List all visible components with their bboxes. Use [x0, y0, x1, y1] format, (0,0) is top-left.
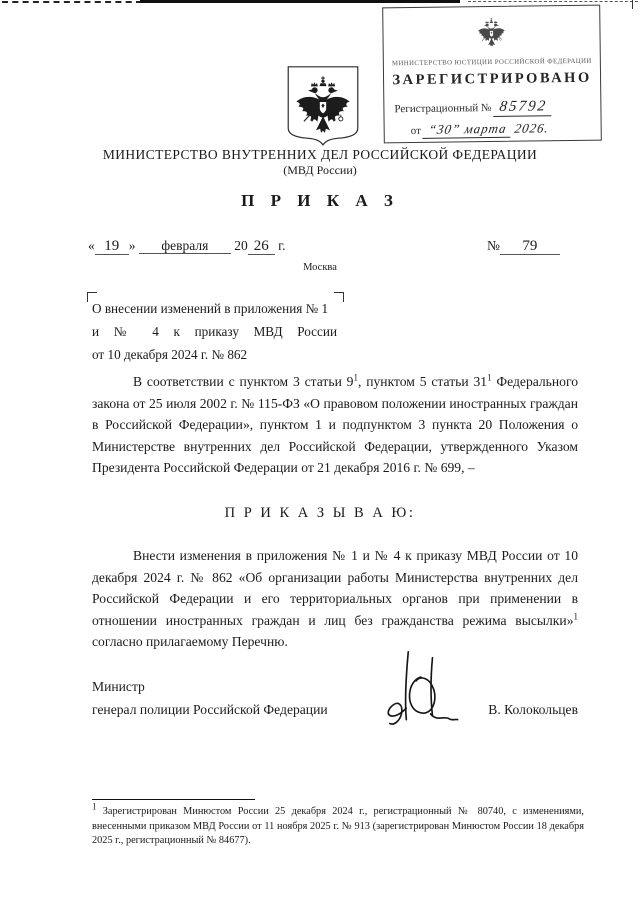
subject-line: О внесении изменений в приложения № 1: [92, 297, 337, 320]
signer-name: В. Колокольцев: [470, 702, 578, 718]
ministry-short-name: (МВД России): [0, 163, 640, 178]
stamp-reg-label: Регистрационный №: [394, 102, 491, 115]
stamp-registered-label: ЗАРЕГИСТРИРОВАНО: [384, 70, 600, 90]
stamp-date-year: 2026.: [513, 120, 550, 136]
stamp-reg-number-handwritten: 85792: [493, 98, 553, 117]
scan-edge-dots: [468, 1, 638, 2]
signature-autograph: [372, 648, 460, 740]
preamble-paragraph: В соответствии с пунктом 3 статьи 91, пу…: [92, 371, 578, 479]
signer-title-line1: Министр: [92, 679, 145, 695]
document-type-title: П Р И К А З: [0, 191, 640, 211]
stamp-date-row: от “30” марта 2026.: [411, 120, 591, 139]
order-paragraph: Внести изменения в приложения № 1 и № 4 …: [92, 545, 578, 653]
footnote: 1 Зарегистрирован Минюстом России 25 дек…: [92, 805, 584, 849]
subject-line: от 10 декабря 2024 г. № 862: [92, 343, 337, 366]
order-verb: П Р И К А З Ы В А Ю:: [0, 505, 640, 522]
document-page: МИНИСТЕРСТВО ЮСТИЦИИ РОССИЙСКОЙ ФЕДЕРАЦИ…: [0, 0, 640, 905]
registration-stamp: МИНИСТЕРСТВО ЮСТИЦИИ РОССИЙСКОЙ ФЕДЕРАЦИ…: [382, 5, 602, 144]
scan-edge-line: [140, 0, 460, 3]
signer-title-line2: генерал полиции Российской Федерации: [92, 702, 328, 718]
order-number: №79: [487, 238, 560, 255]
footnote-ref: 1: [574, 611, 579, 621]
date-year: 26: [248, 239, 275, 255]
stamp-date-handwritten: “30” марта: [422, 121, 513, 139]
date-line: «19» февраля 2026 г.: [88, 238, 286, 255]
date-day: 19: [95, 239, 129, 255]
stamp-from-label: от: [411, 125, 421, 137]
footnote-rule: [92, 799, 255, 800]
stamp-reg-number-row: Регистрационный № 85792: [394, 98, 590, 118]
stamp-ministry-line: МИНИСТЕРСТВО ЮСТИЦИИ РОССИЙСКОЙ ФЕДЕРАЦИ…: [384, 58, 600, 68]
stamp-eagle-icon: [475, 15, 507, 51]
scan-edge-dashes: [2, 1, 142, 3]
date-month: февраля: [139, 238, 231, 254]
city-label: Москва: [0, 262, 640, 273]
scan-edge-tick: [632, 0, 633, 9]
order-number-value: 79: [500, 239, 560, 255]
subject-block: О внесении изменений в приложения № 1 и …: [92, 297, 337, 366]
ministry-name: МИНИСТЕРСТВО ВНУТРЕННИХ ДЕЛ РОССИЙСКОЙ Ф…: [0, 147, 640, 163]
subject-line: и № 4 к приказу МВД России: [92, 320, 337, 343]
coat-of-arms-russia-icon: [286, 63, 360, 149]
